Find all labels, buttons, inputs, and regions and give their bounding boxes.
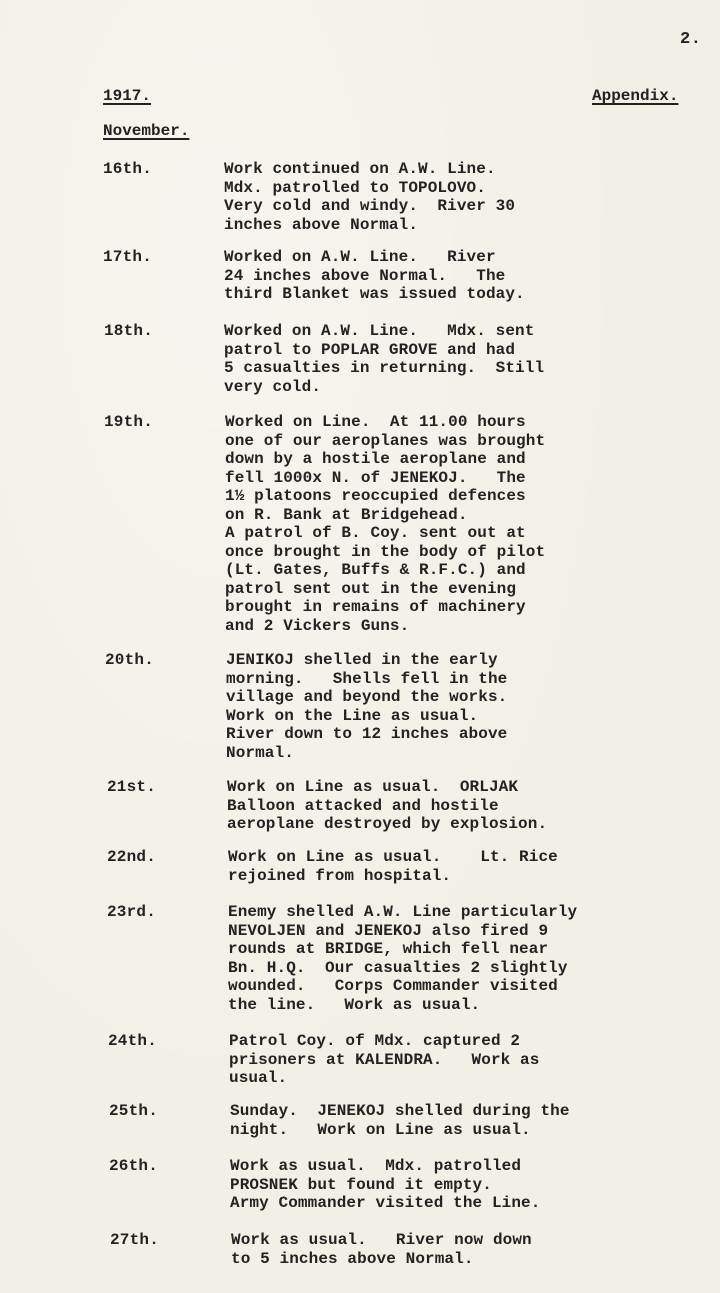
entry-line: Work on the Line as usual. — [226, 707, 507, 726]
entry-line: Work as usual. River now down — [231, 1231, 532, 1250]
entry-line: Army Commander visited the Line. — [230, 1194, 540, 1213]
entry-line: Worked on Line. At 11.00 hours — [225, 413, 545, 432]
entry-line: village and beyond the works. — [226, 688, 507, 707]
entry-line: JENIKOJ shelled in the early — [226, 651, 507, 670]
entry-line: Sunday. JENEKOJ shelled during the — [230, 1102, 570, 1121]
entry-line: Work on Line as usual. ORLJAK — [227, 778, 547, 797]
entry-line: 1½ platoons reoccupied defences — [225, 487, 545, 506]
entry-line: NEVOLJEN and JENEKOJ also fired 9 — [228, 922, 577, 941]
entry-line: Work continued on A.W. Line. — [224, 160, 515, 179]
appendix-heading: Appendix. — [592, 87, 678, 105]
entry-line: Work as usual. Mdx. patrolled — [230, 1157, 540, 1176]
entry-date: 23rd. — [107, 903, 156, 921]
entry-line: and 2 Vickers Guns. — [225, 617, 545, 636]
entry-text: Work as usual. River now downto 5 inches… — [231, 1231, 532, 1268]
entry-line: Very cold and windy. River 30 — [224, 197, 515, 216]
entry-line: usual. — [229, 1069, 539, 1088]
entry-text: Work continued on A.W. Line.Mdx. patroll… — [224, 160, 515, 234]
entry-line: patrol sent out in the evening — [225, 580, 545, 599]
entry-text: Enemy shelled A.W. Line particularlyNEVO… — [228, 903, 577, 1014]
entry-text: Sunday. JENEKOJ shelled during thenight.… — [230, 1102, 570, 1139]
entry-line: prisoners at KALENDRA. Work as — [229, 1051, 539, 1070]
entry-line: very cold. — [224, 378, 544, 397]
entry-line: wounded. Corps Commander visited — [228, 977, 577, 996]
entry-line: the line. Work as usual. — [228, 996, 577, 1015]
entry-line: once brought in the body of pilot — [225, 543, 545, 562]
entry-line: River down to 12 inches above — [226, 725, 507, 744]
entry-text: Worked on A.W. Line. River24 inches abov… — [224, 248, 525, 304]
entry-line: A patrol of B. Coy. sent out at — [225, 524, 545, 543]
entry-date: 26th. — [109, 1157, 158, 1175]
entry-line: fell 1000x N. of JENEKOJ. The — [225, 469, 545, 488]
entry-line: on R. Bank at Bridgehead. — [225, 506, 545, 525]
entry-text: Work on Line as usual. ORLJAKBalloon att… — [227, 778, 547, 834]
entry-text: JENIKOJ shelled in the earlymorning. She… — [226, 651, 507, 762]
entry-line: Mdx. patrolled to TOPOLOVO. — [224, 179, 515, 198]
entry-line: patrol to POPLAR GROVE and had — [224, 341, 544, 360]
entry-line: Patrol Coy. of Mdx. captured 2 — [229, 1032, 539, 1051]
entry-line: 24 inches above Normal. The — [224, 267, 525, 286]
entry-line: rounds at BRIDGE, which fell near — [228, 940, 577, 959]
entry-line: inches above Normal. — [224, 216, 515, 235]
entry-line: Enemy shelled A.W. Line particularly — [228, 903, 577, 922]
entry-date: 27th. — [110, 1231, 159, 1249]
entry-line: Worked on A.W. Line. River — [224, 248, 525, 267]
page-number: 2. — [680, 30, 701, 49]
entry-line: down by a hostile aeroplane and — [225, 450, 545, 469]
entry-date: 21st. — [107, 778, 156, 796]
entry-date: 20th. — [105, 651, 154, 669]
entry-line: rejoined from hospital. — [228, 867, 558, 886]
entry-text: Work on Line as usual. Lt. Ricerejoined … — [228, 848, 558, 885]
entry-date: 17th. — [103, 248, 152, 266]
entry-text: Worked on Line. At 11.00 hoursone of our… — [225, 413, 545, 635]
entry-line: 5 casualties in returning. Still — [224, 359, 544, 378]
entry-line: to 5 inches above Normal. — [231, 1250, 532, 1269]
entry-text: Patrol Coy. of Mdx. captured 2prisoners … — [229, 1032, 539, 1088]
entry-date: 22nd. — [107, 848, 156, 866]
entry-line: (Lt. Gates, Buffs & R.F.C.) and — [225, 561, 545, 580]
entry-date: 16th. — [103, 160, 152, 178]
entry-line: Balloon attacked and hostile — [227, 797, 547, 816]
year-heading: 1917. — [103, 87, 151, 105]
entry-date: 24th. — [108, 1032, 157, 1050]
entry-date: 25th. — [109, 1102, 158, 1120]
entry-line: one of our aeroplanes was brought — [225, 432, 545, 451]
entry-line: aeroplane destroyed by explosion. — [227, 815, 547, 834]
entry-line: Work on Line as usual. Lt. Rice — [228, 848, 558, 867]
entry-date: 18th. — [104, 322, 153, 340]
entry-line: morning. Shells fell in the — [226, 670, 507, 689]
entry-line: Worked on A.W. Line. Mdx. sent — [224, 322, 544, 341]
entry-line: brought in remains of machinery — [225, 598, 545, 617]
month-heading: November. — [103, 122, 189, 140]
entry-line: Bn. H.Q. Our casualties 2 slightly — [228, 959, 577, 978]
entry-text: Work as usual. Mdx. patrolledPROSNEK but… — [230, 1157, 540, 1213]
typewritten-page: 2. 1917. Appendix. November. 16th.Work c… — [0, 0, 720, 1293]
entry-date: 19th. — [104, 413, 153, 431]
entry-line: Normal. — [226, 744, 507, 763]
entry-line: PROSNEK but found it empty. — [230, 1176, 540, 1195]
entry-line: third Blanket was issued today. — [224, 285, 525, 304]
entry-text: Worked on A.W. Line. Mdx. sentpatrol to … — [224, 322, 544, 396]
entry-line: night. Work on Line as usual. — [230, 1121, 570, 1140]
